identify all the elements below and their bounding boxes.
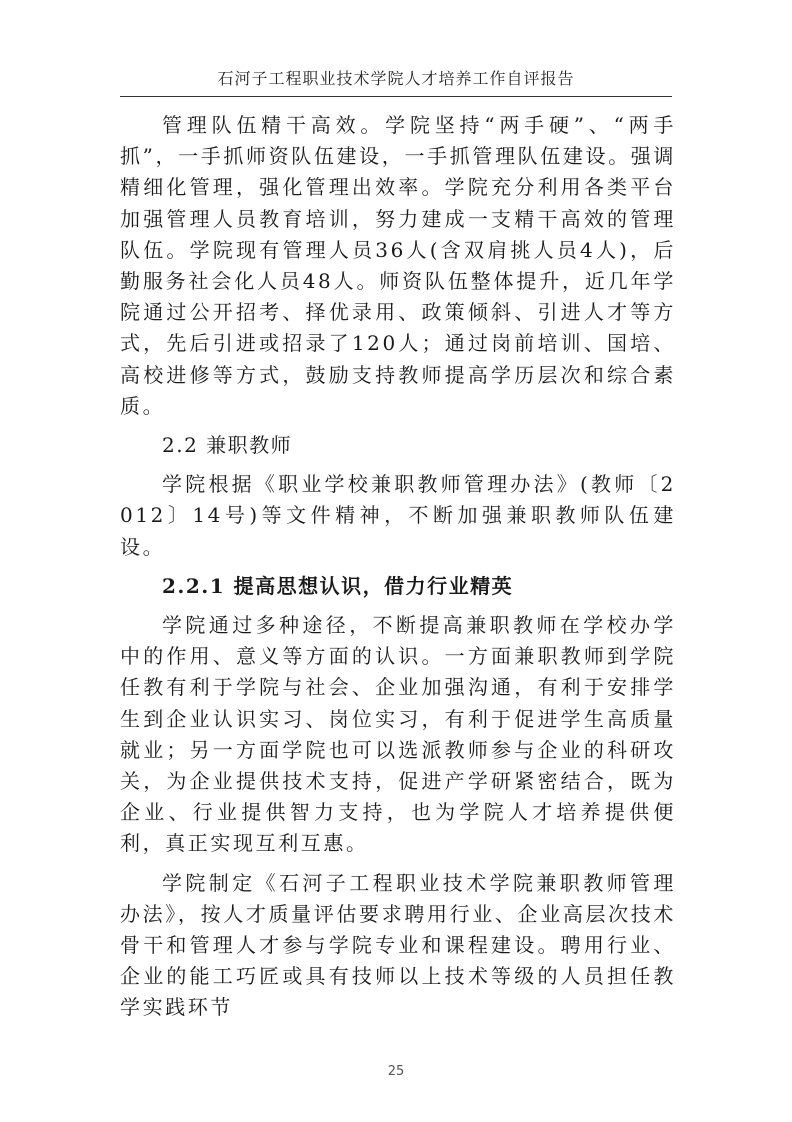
spacer <box>120 461 676 469</box>
paragraph-management-team: 管理队伍精干高效。学院坚持“两手硬”、“两手抓”，一手抓师资队伍建设，一手抓管理… <box>120 110 676 422</box>
page-number: 25 <box>0 1064 792 1079</box>
spacer <box>120 422 676 430</box>
header-divider <box>120 96 672 97</box>
spacer <box>120 563 676 571</box>
section-heading-2-2-1: 2.2.1 提高思想认识，借力行业精英 <box>120 571 676 602</box>
running-header: 石河子工程职业技术学院人才培养工作自评报告 <box>120 66 672 89</box>
spacer <box>120 602 676 610</box>
paragraph-part-time-teachers-intro: 学院根据《职业学校兼职教师管理办法》(教师〔2012〕14号)等文件精神，不断加… <box>120 469 676 563</box>
section-heading-2-2: 2.2 兼职教师 <box>120 430 676 461</box>
spacer <box>120 860 676 868</box>
page-body: 管理队伍精干高效。学院坚持“两手硬”、“两手抓”，一手抓师资队伍建设，一手抓管理… <box>120 110 676 1024</box>
paragraph-management-measures: 学院制定《石河子工程职业技术学院兼职教师管理办法》，按人才质量评估要求聘用行业、… <box>120 868 676 1024</box>
paragraph-awareness: 学院通过多种途径，不断提高兼职教师在学校办学中的作用、意义等方面的认识。一方面兼… <box>120 610 676 860</box>
